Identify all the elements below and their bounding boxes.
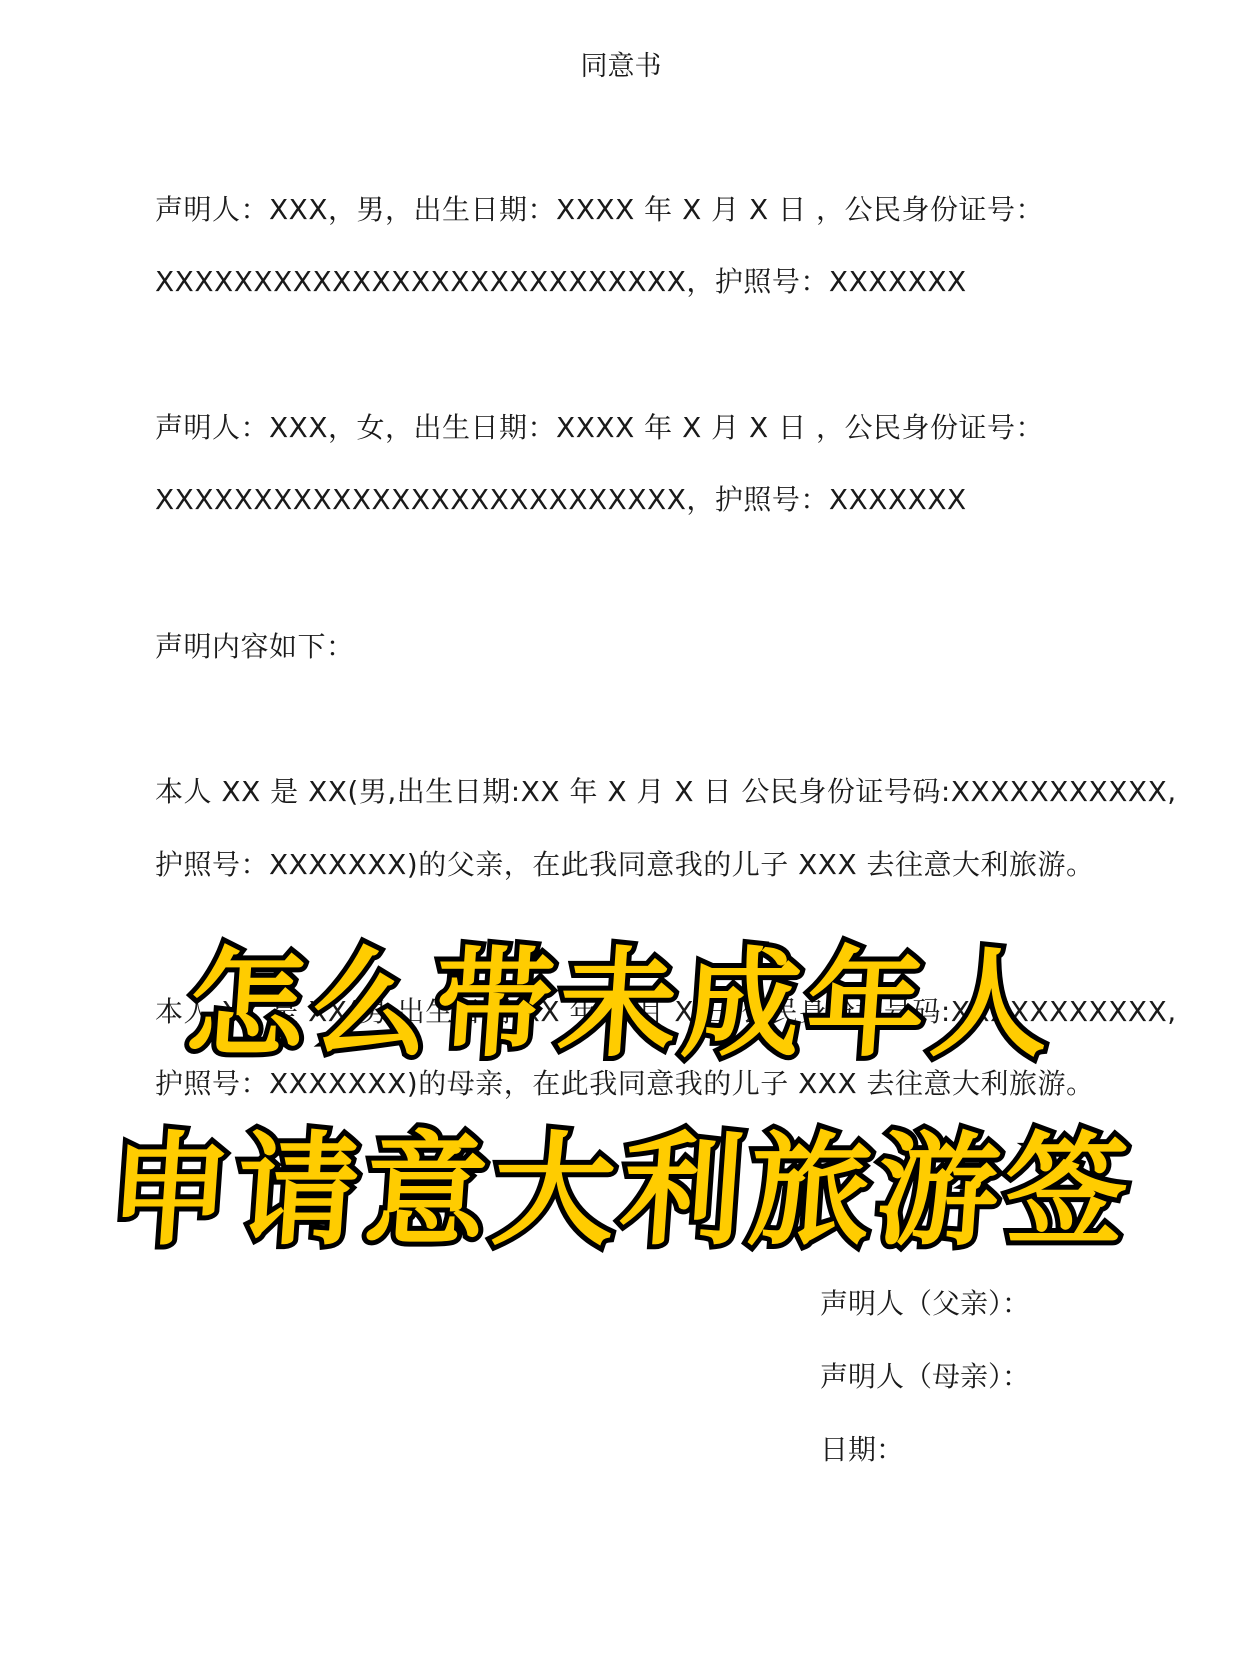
document-title: 同意书 xyxy=(0,44,1242,83)
content-heading: 声明内容如下： xyxy=(155,625,355,665)
signature-date: 日期： xyxy=(820,1428,904,1468)
overlay-title-line2: 申请意大利旅游签 xyxy=(0,1130,1242,1252)
overlay-title-line1: 怎么带未成年人 xyxy=(0,945,1242,1063)
statement-father-line2: 护照号：XXXXXXX)的父亲，在此我同意我的儿子 XXX 去往意大利旅游。 xyxy=(155,843,1095,883)
signature-mother: 声明人（母亲）： xyxy=(820,1355,1030,1395)
statement-father-line1: 本人 XX 是 XX(男,出生日期:XX 年 X 月 X 日 公民身份证号码:X… xyxy=(155,770,1177,810)
declarant-father-line2: XXXXXXXXXXXXXXXXXXXXXXXXXXX，护照号：XXXXXXX xyxy=(155,260,967,300)
declarant-father-line1: 声明人：XXX，男，出生日期：XXXX 年 X 月 X 日 ，公民身份证号： xyxy=(155,188,1044,228)
declarant-mother-line1: 声明人：XXX，女，出生日期：XXXX 年 X 月 X 日 ，公民身份证号： xyxy=(155,406,1044,446)
signature-father: 声明人（父亲）： xyxy=(820,1282,1030,1322)
declarant-mother-line2: XXXXXXXXXXXXXXXXXXXXXXXXXXX，护照号：XXXXXXX xyxy=(155,478,967,518)
